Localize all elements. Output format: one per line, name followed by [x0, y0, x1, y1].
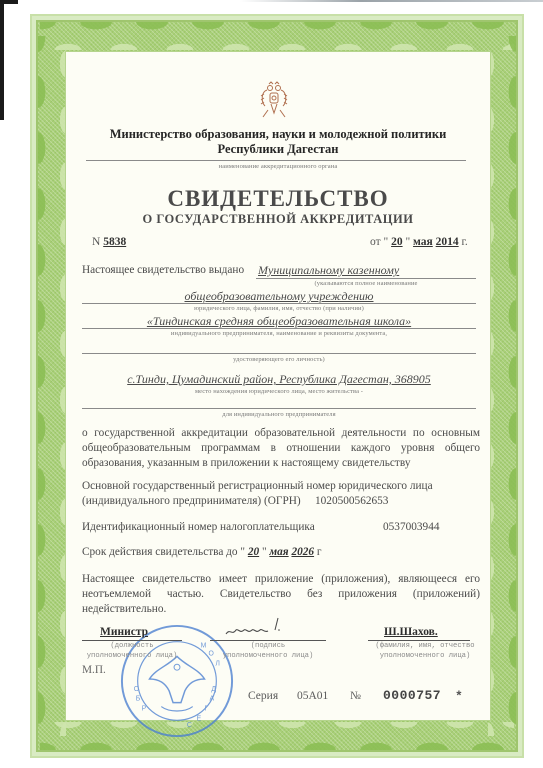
page-title: СВИДЕТЕЛЬСТВО [66, 186, 490, 212]
caption: (фамилия, имя, отчество [360, 641, 490, 651]
issue-date: от " 20 " мая 2014 г. [370, 236, 468, 248]
issued-to-label: Настоящее свидетельство выдано [82, 264, 244, 276]
date-prefix: от " [370, 236, 388, 248]
date-month: мая [413, 236, 433, 248]
signatory-name: Ш.Шахов. [384, 626, 438, 638]
valid-year: 2026 [291, 546, 314, 558]
issued-to-line-2: общеобразовательному учреждению [82, 289, 476, 304]
series-value: 05А01 [297, 690, 328, 702]
date-year: 2014 [436, 236, 459, 248]
accreditation-text-line: образования, указанным в приложении к на… [82, 457, 480, 469]
svg-text:Л: Л [215, 660, 220, 667]
date-day: 20 [391, 236, 403, 248]
caption: удостоверяющего его личность) [82, 356, 476, 363]
caption: уполномоченного лица) [78, 651, 186, 661]
svg-text:О: О [134, 686, 140, 693]
appendix-text-line: неотъемлемой частью. Свидетельство без п… [82, 588, 480, 600]
issued-to-line-3: «Тиндинская средняя общеобразовательная … [82, 314, 476, 329]
caption: (указываются полное наименование [256, 280, 476, 287]
fill-line [82, 408, 476, 409]
svg-text:Е: Е [197, 715, 202, 722]
address: с.Тинди, Цумадинский район, Республика Д… [82, 372, 476, 387]
certificate-content: Министерство образования, науки и молоде… [0, 0, 543, 768]
fill-line [82, 303, 476, 304]
number-value: 5838 [103, 236, 126, 248]
inn-label: Идентификационный номер налогоплательщик… [82, 521, 315, 533]
svg-text:Д: Д [211, 686, 216, 693]
svg-text:Г: Г [205, 706, 209, 713]
serial-mark-icon: * [455, 689, 463, 704]
appendix-text-line: недействительно. [82, 603, 166, 615]
ogrn-value: 1020500562653 [315, 495, 388, 507]
valid-until: Срок действия свидетельства до " 20 " ма… [82, 546, 322, 558]
position-caption: (должность уполномоченного лица) [78, 641, 186, 661]
caption: (должность [78, 641, 186, 651]
valid-day: 20 [248, 546, 259, 558]
valid-label: Срок действия свидетельства до " [82, 546, 245, 558]
ministry-name: Министерство образования, науки и молоде… [66, 127, 490, 142]
svg-text:А: А [209, 696, 214, 703]
appendix-text-line: Настоящее свидетельство имеет приложение… [82, 573, 480, 585]
accreditation-text-line: о государственной аккредитации образоват… [82, 427, 480, 439]
series-label: Серия [248, 690, 278, 702]
svg-text:Б: Б [136, 696, 141, 703]
serial-label: № [350, 690, 361, 702]
valid-quote: " [262, 546, 267, 558]
ogrn-label-line: (индивидуального предпринимателя) (ОГРН) [82, 495, 301, 507]
divider [86, 160, 466, 161]
fill-line [256, 278, 476, 279]
caption: для индивидуального предпринимателя [82, 411, 476, 418]
seal-label: М.П. [82, 664, 106, 676]
certificate-number: N 5838 [92, 236, 126, 248]
caption: уполномоченного лица) [360, 651, 490, 661]
signature-icon [222, 614, 292, 638]
caption: индивидуального предпринимателя, наимено… [82, 330, 476, 337]
number-prefix: N [92, 236, 100, 248]
valid-suffix: г [317, 546, 322, 558]
ministry-region: Республики Дагестан [66, 142, 490, 157]
issued-to-line-1: Муниципальному казенному [258, 263, 474, 278]
name-caption: (фамилия, имя, отчество уполномоченного … [360, 641, 490, 661]
svg-text:Р: Р [142, 706, 147, 713]
serial-number: 0000757 [383, 688, 441, 703]
signatory-position: Министр [100, 626, 148, 638]
svg-text:С: С [187, 722, 192, 729]
ministry-caption: наименование аккредитационного органа [66, 163, 490, 170]
ogrn-label-line: Основной государственный регистрационный… [82, 480, 433, 492]
page-subtitle: О ГОСУДАРСТВЕННОЙ АККРЕДИТАЦИИ [66, 212, 490, 227]
caption: (подпись [205, 641, 331, 651]
date-quote: " [405, 236, 410, 248]
caption: юридического лица, фамилия, имя, отчеств… [82, 305, 476, 312]
accreditation-text-line: общеобразовательным программам в отношен… [82, 442, 480, 454]
fill-line [82, 353, 476, 354]
valid-month: мая [269, 546, 288, 558]
coat-of-arms-icon [259, 80, 289, 120]
caption: уполномоченного лица) [205, 651, 331, 661]
caption: место нахождения юридического лица, мест… [82, 388, 476, 395]
date-suffix: г. [462, 236, 468, 248]
inn-value: 0537003944 [383, 521, 439, 533]
signature-caption: (подпись уполномоченного лица) [205, 641, 331, 661]
fill-line [82, 328, 476, 329]
